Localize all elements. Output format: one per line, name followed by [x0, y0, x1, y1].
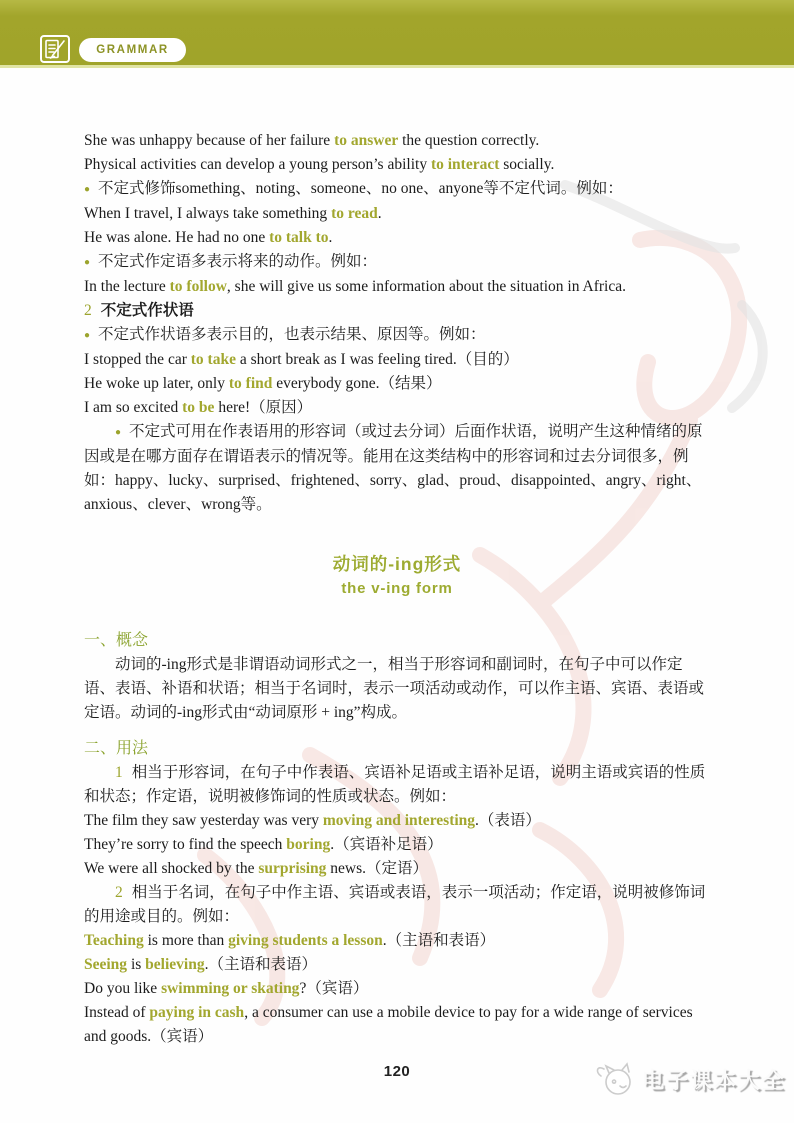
text-segment: In the lecture — [84, 278, 170, 295]
text-segment: 不定式作状语 — [101, 302, 194, 319]
highlighted-phrase: surprising — [258, 860, 326, 877]
highlighted-phrase: moving and interesting — [323, 812, 475, 829]
example-sentence: She was unhappy because of her failure t… — [84, 129, 710, 153]
text-segment: When I travel, I always take something — [84, 205, 331, 222]
example-sentence: In the lecture to follow, she will give … — [84, 275, 710, 299]
site-watermark: 电子课本大全 — [593, 1060, 786, 1098]
content: She was unhappy because of her failure t… — [84, 129, 710, 1049]
text-segment: 动词的-ing形式是非谓语动词形式之一，相当于形容词和副词时，在句子中可以作定语… — [84, 656, 704, 721]
bullet-point: ●不定式修饰something、noting、someone、no one、an… — [84, 177, 710, 202]
bullet-point: ●不定式作定语多表示将来的动作。例如： — [84, 250, 710, 275]
text-segment: Instead of — [84, 1004, 149, 1021]
section-heading: 二、用法 — [84, 737, 710, 761]
bullet-icon: ● — [84, 330, 90, 341]
numbered-paragraph: 2相当于名词，在句子中作主语、宾语或表语，表示一项活动；作定语，说明被修饰词的用… — [84, 881, 710, 929]
example-sentence: Seeing is believing.（主语和表语） — [84, 953, 710, 977]
highlighted-phrase: believing — [145, 956, 204, 973]
paragraph: 动词的-ing形式是非谓语动词形式之一，相当于形容词和副词时，在句子中可以作定语… — [84, 653, 710, 725]
bullet-icon: ● — [84, 257, 90, 268]
cat-icon — [593, 1060, 637, 1098]
example-sentence: He was alone. He had no one to talk to. — [84, 226, 710, 250]
highlighted-phrase: boring — [286, 836, 330, 853]
text-segment: 相当于形容词，在句子中作表语、宾语补足语或主语补足语，说明主语或宾语的性质和状态… — [84, 764, 705, 805]
text-segment: 二、用法 — [84, 740, 148, 757]
text-segment: 不定式修饰something、noting、someone、no one、any… — [98, 180, 623, 197]
text-segment: .（宾语补足语） — [330, 836, 442, 853]
highlighted-phrase: Seeing — [84, 956, 127, 973]
text-segment: socially. — [499, 156, 554, 173]
text-segment: everybody gone.（结果） — [272, 375, 441, 392]
text-segment: He woke up later, only — [84, 375, 229, 392]
text-segment: ?（宾语） — [299, 980, 368, 997]
bullet-point: ●不定式作状语多表示目的，也表示结果、原因等。例如： — [84, 323, 710, 348]
text-segment: 相当于名词，在句子中作主语、宾语或表语，表示一项活动；作定语，说明被修饰词的用途… — [84, 884, 705, 925]
text-segment: 不定式作定语多表示将来的动作。例如： — [98, 253, 377, 270]
numbered-heading: 2不定式作状语 — [84, 299, 710, 323]
example-sentence: I stopped the car to take a short break … — [84, 348, 710, 372]
example-sentence: Physical activities can develop a young … — [84, 153, 710, 177]
bullet-icon: ● — [115, 427, 121, 438]
text-segment: He was alone. He had no one — [84, 229, 269, 246]
chapter-title-zh: 动词的-ing形式 — [84, 551, 710, 577]
example-sentence: Instead of paying in cash, a consumer ca… — [84, 1001, 710, 1049]
example-sentence: When I travel, I always take something t… — [84, 202, 710, 226]
text-segment: . — [378, 205, 382, 222]
highlighted-phrase: to answer — [334, 132, 398, 149]
highlighted-phrase: giving students a lesson — [228, 932, 383, 949]
highlighted-phrase: to take — [191, 351, 236, 368]
text-segment: .（表语） — [475, 812, 541, 829]
highlighted-phrase: swimming or skating — [161, 980, 299, 997]
example-sentence: Teaching is more than giving students a … — [84, 929, 710, 953]
bullet-paragraph: ●不定式可用在作表语用的形容词（或过去分词）后面作状语，说明产生这种情绪的原因或… — [84, 420, 710, 517]
item-number: 1 — [115, 764, 123, 781]
example-sentence: We were all shocked by the surprising ne… — [84, 857, 710, 881]
grammar-badge-label: GRAMMAR — [96, 44, 169, 56]
example-sentence: The film they saw yesterday was very mov… — [84, 809, 710, 833]
grammar-badge: GRAMMAR — [79, 38, 186, 62]
example-sentence: I am so excited to be here!（原因） — [84, 396, 710, 420]
text-segment: They’re sorry to find the speech — [84, 836, 286, 853]
text-segment: .（主语和表语） — [383, 932, 495, 949]
text-segment: She was unhappy because of her failure — [84, 132, 334, 149]
text-segment: .（主语和表语） — [205, 956, 317, 973]
text-segment: 不定式作状语多表示目的，也表示结果、原因等。例如： — [98, 326, 486, 343]
text-segment: , she will give us some information abou… — [227, 278, 626, 295]
text-segment: is more than — [144, 932, 228, 949]
example-sentence: Do you like swimming or skating?（宾语） — [84, 977, 710, 1001]
text-segment: . — [329, 229, 333, 246]
text-segment: is — [127, 956, 145, 973]
example-sentence: They’re sorry to find the speech boring.… — [84, 833, 710, 857]
textbook-page: { "header": { "badge_label": "GRAMMAR", … — [0, 0, 794, 1123]
highlighted-phrase: to be — [182, 399, 214, 416]
numbered-paragraph: 1相当于形容词，在句子中作表语、宾语补足语或主语补足语，说明主语或宾语的性质和状… — [84, 761, 710, 809]
text-segment: the question correctly. — [398, 132, 539, 149]
text-segment: I am so excited — [84, 399, 182, 416]
highlighted-phrase: to find — [229, 375, 273, 392]
text-segment: Physical activities can develop a young … — [84, 156, 431, 173]
text-segment: here!（原因） — [214, 399, 312, 416]
section-heading: 一、概念 — [84, 629, 710, 653]
text-segment: a short break as I was feeling tired.（目的… — [236, 351, 519, 368]
bullet-icon: ● — [84, 184, 90, 195]
text-segment: I stopped the car — [84, 351, 191, 368]
item-number: 2 — [115, 884, 123, 901]
highlighted-phrase: to read — [331, 205, 378, 222]
highlighted-phrase: to follow — [170, 278, 227, 295]
site-watermark-text: 电子课本大全 — [642, 1064, 786, 1095]
text-segment: Do you like — [84, 980, 161, 997]
text-segment: We were all shocked by the — [84, 860, 258, 877]
highlighted-phrase: paying in cash — [149, 1004, 244, 1021]
highlighted-phrase: Teaching — [84, 932, 144, 949]
chapter-title: 动词的-ing形式the v-ing form — [84, 551, 710, 601]
text-segment: The film they saw yesterday was very — [84, 812, 323, 829]
text-segment: 一、概念 — [84, 632, 148, 649]
text-segment: 不定式可用在作表语用的形容词（或过去分词）后面作状语，说明产生这种情绪的原因或是… — [84, 423, 703, 513]
item-number: 2 — [84, 302, 92, 319]
chapter-title-en: the v-ing form — [84, 577, 710, 601]
highlighted-phrase: to talk to — [269, 229, 328, 246]
example-sentence: He woke up later, only to find everybody… — [84, 372, 710, 396]
header-band: GRAMMAR — [0, 0, 794, 68]
text-segment: news.（定语） — [326, 860, 428, 877]
notebook-pencil-icon — [40, 35, 70, 63]
highlighted-phrase: to interact — [431, 156, 499, 173]
